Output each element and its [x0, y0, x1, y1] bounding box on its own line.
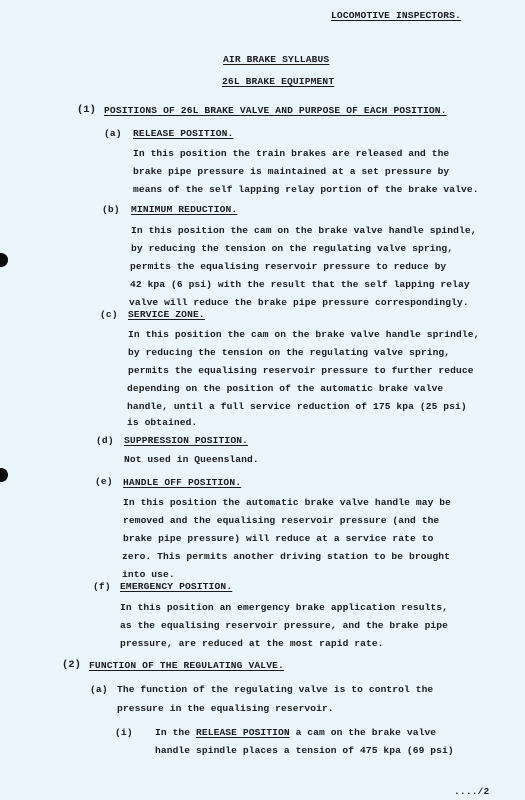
punch-hole — [0, 253, 8, 267]
body-line: pressure in the equalising reservoir. — [117, 703, 334, 714]
item-heading: MINIMUM REDUCTION. — [131, 204, 237, 215]
body-line: brake pipe pressure is maintained at a s… — [133, 166, 449, 177]
body-line: handle, until a full service reduction o… — [127, 401, 467, 412]
subitem-line: In the RELEASE POSITION a cam on the bra… — [155, 727, 436, 738]
body-line: In this position an emergency brake appl… — [120, 602, 448, 613]
body-line: permits the equalising reservoir pressur… — [130, 261, 446, 272]
body-line: In this position the cam on the brake va… — [131, 225, 477, 236]
body-line: brake pipe pressure) will reduce at a se… — [123, 533, 433, 544]
item-heading: HANDLE OFF POSITION. — [123, 477, 241, 488]
item-letter: (a) — [104, 128, 122, 139]
body-line: zero. This permits another driving stati… — [122, 551, 450, 562]
department-header: LOCOMOTIVE INSPECTORS. — [331, 10, 461, 21]
body-line: removed and the equalising reservoir pre… — [123, 515, 439, 526]
body-line: means of the self lapping relay portion … — [133, 184, 479, 195]
subitem-text: In the — [155, 727, 196, 738]
item-letter: (f) — [93, 581, 111, 592]
item-heading: RELEASE POSITION. — [133, 128, 233, 139]
body-line: is obtained. — [127, 417, 197, 428]
subitem-number: (i) — [115, 727, 133, 738]
body-line: 42 kpa (6 psi) with the result that the … — [130, 279, 470, 290]
section-heading: POSITIONS OF 26L BRAKE VALVE AND PURPOSE… — [104, 105, 447, 116]
body-line: In this position the automatic brake val… — [123, 497, 451, 508]
item-letter: (d) — [96, 435, 114, 446]
document-title: AIR BRAKE SYLLABUS — [223, 54, 329, 65]
body-line: by reducing the tension on the regulatin… — [131, 243, 453, 254]
document-subtitle: 26L BRAKE EQUIPMENT — [222, 76, 334, 87]
item-letter: (b) — [102, 204, 120, 215]
body-line: The function of the regulating valve is … — [117, 684, 433, 695]
body-line: depending on the position of the automat… — [127, 383, 443, 394]
item-letter: (c) — [100, 309, 118, 320]
body-line: as the equalising reservoir pressure, an… — [120, 620, 448, 631]
body-line: Not used in Queensland. — [124, 454, 259, 465]
item-heading: SERVICE ZONE. — [128, 309, 205, 320]
item-letter: (a) — [90, 684, 108, 695]
body-line: pressure, are reduced at the most rapid … — [120, 638, 384, 649]
section-number: (1) — [77, 104, 96, 116]
body-line: In this position the cam on the brake va… — [128, 329, 479, 340]
section-number: (2) — [62, 659, 81, 671]
body-line: In this position the train brakes are re… — [133, 148, 449, 159]
body-line: valve will reduce the brake pipe pressur… — [129, 297, 469, 308]
body-line: handle spindle places a tension of 475 k… — [155, 745, 454, 756]
section-heading: FUNCTION OF THE REGULATING VALVE. — [89, 660, 284, 671]
punch-hole — [0, 468, 8, 482]
subitem-emphasis: RELEASE POSITION — [196, 727, 290, 738]
item-heading: EMERGENCY POSITION. — [120, 581, 232, 592]
body-line: by reducing the tension on the regulatin… — [128, 347, 450, 358]
subitem-text: a cam on the brake valve — [290, 727, 436, 738]
item-letter: (e) — [95, 476, 113, 487]
body-line: into use. — [122, 569, 175, 580]
item-heading: SUPPRESSION POSITION. — [124, 435, 248, 446]
body-line: permits the equalising reservoir pressur… — [128, 365, 474, 376]
continuation-marker: ..../2 — [454, 786, 489, 797]
